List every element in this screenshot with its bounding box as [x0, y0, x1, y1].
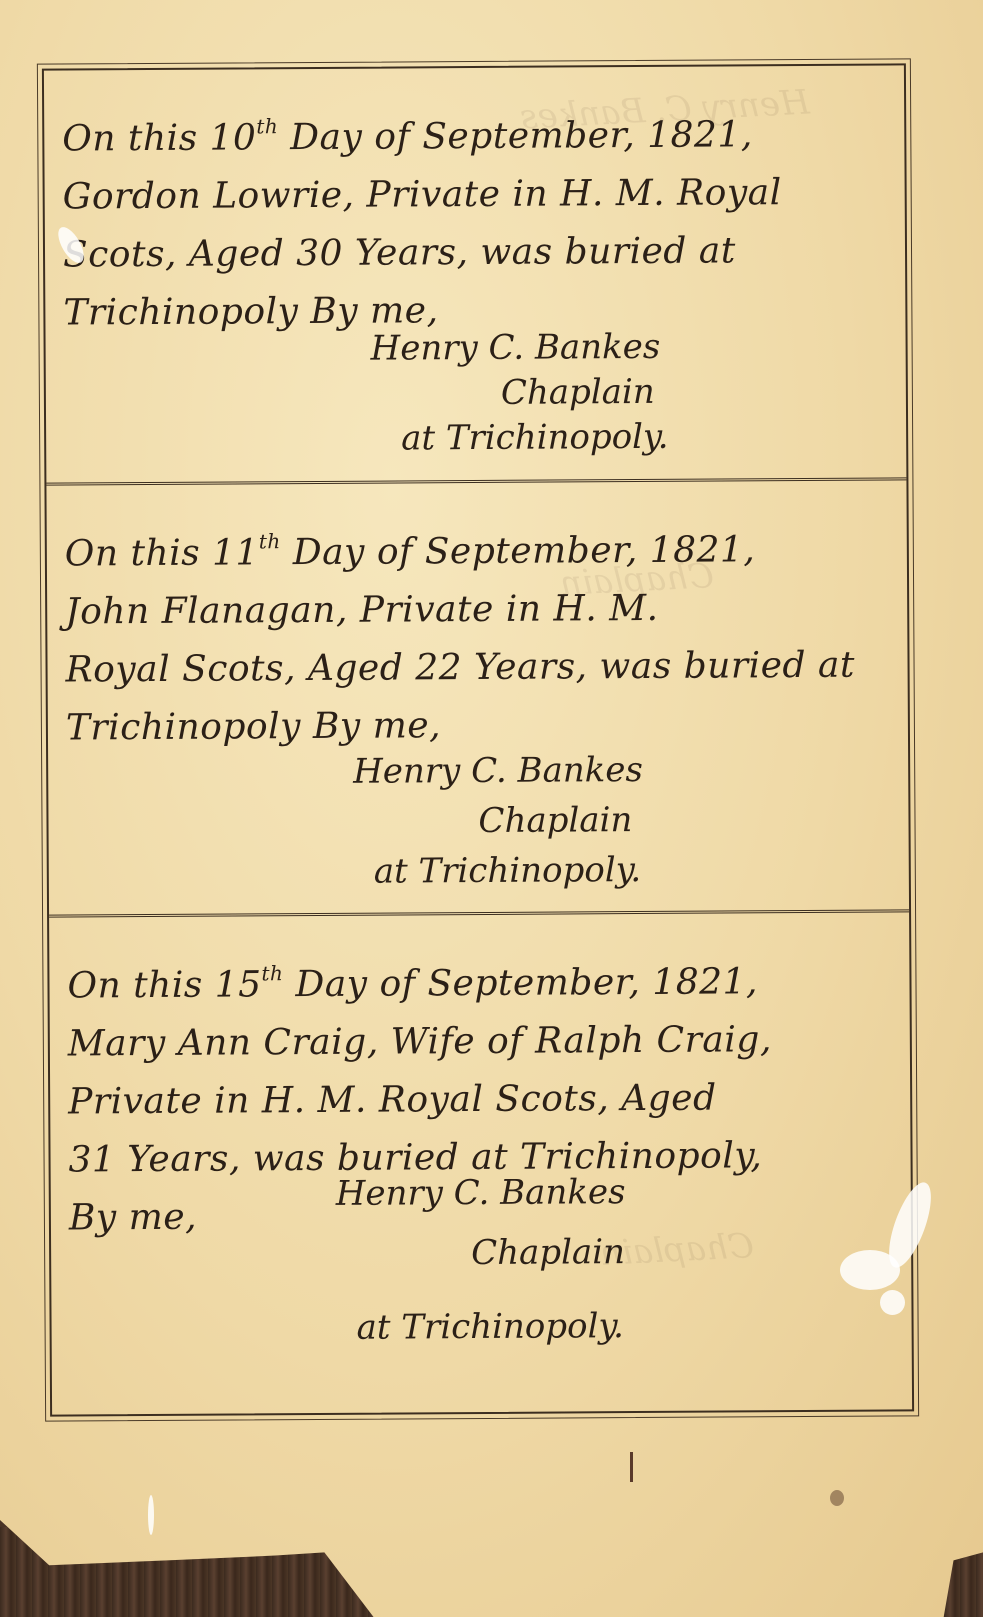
ink-mark	[630, 1452, 633, 1482]
entry-line: Private in H. M. Royal Scots, Aged	[68, 1068, 890, 1131]
entry-line: Gordon Lowrie, Private in H. M. Royal	[63, 164, 885, 227]
date-text-rest: Day of September, 1821,	[281, 529, 756, 573]
date-text-rest: Day of September, 1821,	[278, 114, 753, 158]
date-text: On this 11	[65, 532, 259, 574]
paper-damage	[148, 1495, 154, 1535]
ink-spot	[830, 1490, 844, 1506]
entry-body: On this 11th Day of September, 1821, Joh…	[65, 508, 888, 757]
signature-title: Chaplain	[478, 800, 632, 841]
entry-line: Royal Scots, Aged 22 Years, was buried a…	[65, 636, 887, 699]
date-text: On this 15	[67, 964, 261, 1006]
burial-entry-1: On this 10th Day of September, 1821, Gor…	[44, 65, 907, 485]
paper-damage	[880, 1290, 905, 1315]
ordinal-suffix: th	[256, 114, 278, 138]
signature-name: Henry C. Bankes	[370, 327, 660, 369]
entry-line: On this 15th Day of September, 1821,	[67, 940, 889, 1015]
burial-entry-3: On this 15th Day of September, 1821, Mar…	[49, 912, 912, 1414]
signature-name: Henry C. Bankes	[353, 750, 643, 792]
date-text-rest: Day of September, 1821,	[283, 961, 758, 1005]
burial-entry-2: On this 11th Day of September, 1821, Joh…	[46, 480, 909, 917]
entry-line: On this 10th Day of September, 1821,	[62, 94, 884, 169]
signature-title: Chaplain	[471, 1232, 625, 1273]
signature-place: at Trichinopoly.	[356, 1306, 624, 1348]
entry-line: John Flanagan, Private in H. M.	[65, 578, 887, 641]
ordinal-suffix: th	[259, 529, 281, 553]
entry-body: On this 10th Day of September, 1821, Gor…	[62, 94, 885, 343]
register-frame: On this 10th Day of September, 1821, Gor…	[42, 63, 914, 1416]
date-text: On this 10	[62, 117, 256, 159]
signature-title: Chaplain	[501, 372, 655, 413]
paper-damage	[840, 1250, 900, 1290]
entry-line: On this 11th Day of September, 1821,	[65, 508, 887, 583]
entry-line: Scots, Aged 30 Years, was buried at	[63, 222, 885, 285]
entry-line: Mary Ann Craig, Wife of Ralph Craig,	[68, 1010, 890, 1073]
register-page: Henry C. Bankes Chaplain Chaplain On thi…	[0, 0, 983, 1617]
ordinal-suffix: th	[261, 961, 283, 985]
signature-place: at Trichinopoly.	[374, 850, 642, 892]
entry-line: Trichinopoly By me,	[66, 694, 888, 757]
signature-name: Henry C. Bankes	[336, 1172, 626, 1214]
signature-place: at Trichinopoly.	[401, 417, 669, 459]
